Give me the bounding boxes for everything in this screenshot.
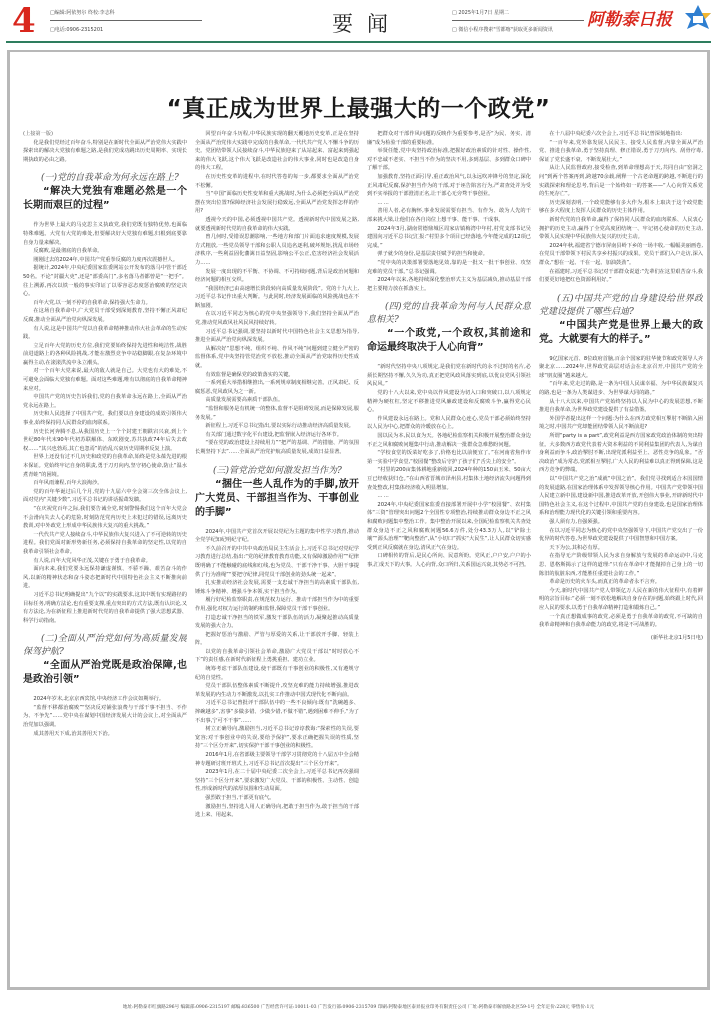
- intro-paragraph: 化是我们党经过百年奋斗,特别是在新时代全面从严治党伟大实践中探索出的解决大党独有…: [23, 139, 187, 165]
- paragraph: 一系列重大举措相继推出,一系列规章制度相继完善。正风肃纪、反腐惩恶,党风政风为之…: [195, 379, 359, 396]
- paragraph: 在这场自我革命中,广大党员干部受到深刻教育,坚持不懈正风肃纪反腐,推动全面从严治…: [23, 307, 187, 324]
- paragraph: 习近平总书记曾批评干部队伍中的一些不良倾向:既有“洗碗越多、摔碗越多”,害事“多…: [195, 699, 359, 725]
- paragraph: 曾几何时,受错误思潮影响,一些地方和部门片面追求速度规模,发展方式粗放,一些党员…: [195, 233, 359, 267]
- paragraph: “村里的200亩集体耕地重新收回,2024年种的150亩玉米、50亩大豆已经收获…: [367, 466, 531, 492]
- article-column-2: 回望百年奋斗历程,中华民族实现的翻天覆地历史变革,正是在坚持全面从严治党伟大实践…: [195, 130, 359, 985]
- paragraph: 百年大党,以一刻不停的自我革命,保持强大生命力。: [23, 299, 187, 308]
- paragraph: 把握好惩治与激励、严管与厚爱的关系,让干部放开手脚、轻装上阵。: [195, 631, 359, 648]
- paragraph: 不久前召开的中共中央政治局民主生活会上,习近平总书记对党纪学习教育进行总结,指出…: [195, 545, 359, 579]
- paragraph: “监督不移都治腐败”“坚决反对铺张浪费与干部干事不担当、不作为、不争先”……党中…: [23, 704, 187, 730]
- article-column-1: (上接第一版) 化是我们党经过百年奋斗,特别是在新时代全面从严治党伟大实践中探索…: [23, 130, 187, 985]
- paragraph: 2023年1月,在二十届中央纪委二次全会上,习近平总书记再次强调坚持“三个区分开…: [195, 768, 359, 794]
- paragraph: 9亿国家元首、8位政府首脑,百余个国家的驻华使节和政党领导人齐聚北京……2024…: [539, 355, 703, 381]
- paragraph: 从解决好“思想不纯、组织不纯、作风不纯”问题到建立健全严密的监督体系,党中央坚持…: [195, 345, 359, 371]
- paragraph: 作风建设永远在路上。党和人民群众心连心,党员干部必须始终坚持以人民为中心,把群众…: [367, 415, 531, 432]
- paragraph: “党中央的决策部署要落地见效,靠的是一批又一批干事创业、攻坚克难的党员干部。”总…: [367, 259, 531, 276]
- paragraph: 天下为公,其积必有厚。: [539, 544, 703, 553]
- date-info: □ 2025年1月7日 星期二 □ 微信小程序搜索"雪都喀"获取更多新闻资讯: [452, 9, 584, 33]
- paragraph: 2024年岁末,北京京西宾馆,中央经济工作会议如期举行。: [23, 695, 187, 704]
- subheading-quote-1: “解决大党独有难题必然是一个长期而艰巨的过程”: [23, 185, 187, 213]
- article-column-4: 在十八届中央纪委六次全会上,习近平总书记曾深刻地指出: “一百年来,党外靠发展人…: [539, 130, 703, 985]
- paragraph: “百年来,党走过的路,是一条为中国人民谋幸福、为中华民族谋复兴的路,也是一条为人…: [539, 380, 703, 397]
- footer-imprint: 地址:阿勒泰市红旗路296号 编辑部:0906-2315197 邮编:83650…: [0, 1004, 717, 1010]
- paragraph: 在历史性变革的进程中,在时代答卷的每一步,都要求全面从严治党不松懈。: [195, 173, 359, 190]
- article-headline: “真正成为世界上最强大的一个政党”: [10, 90, 707, 123]
- paragraph: 国以民为本,民以食为天。各地纪检监察机关积极开展整治群众身边不正之风和腐败问题集…: [367, 432, 531, 449]
- paragraph: 2016年1月,在省部级主要领导干部学习贯彻党的十八届五中全会精神专题研讨班开班…: [195, 751, 359, 768]
- paragraph: 加强教育,坚持正面引导,重正政治风气,以永远吹冲锋号的坚定,深化正风肃纪反腐,保…: [367, 173, 531, 199]
- subheading-question-2: (二)全面从严治党如何为高质量发展保驾护航?: [23, 633, 187, 659]
- paragraph: 对一个百年大党来说,最大的敌人就是自己。大党也有大的难处,不可避免会面临大党独有…: [23, 367, 187, 393]
- paragraph: 从让人民监督政府,接受检查,到革命理想高于天,共同自由“窑洞之问”到两个答案再到…: [539, 164, 703, 198]
- paragraph: 一代代共产党人接续奋斗,中华民族伟大复兴进入了不可逆转的历史进程。我们党面对新形…: [23, 531, 187, 557]
- paragraph: 党的十八大以来,党中央以作风建设为切入口和突破口,以八项规定精神为硬杠杠,坚定不…: [367, 389, 531, 415]
- editor-line: □编辑:阿依努尔 终校:李志科: [50, 9, 202, 21]
- date-line: □ 2025年1月7日 星期二: [452, 9, 584, 21]
- paragraph: 革命是历史的火车头,而真正的革命者永不言弃。: [539, 578, 703, 587]
- page-number: 4: [12, 4, 36, 38]
- paragraph: 在以习近平同志为核心的党中央坚强领导下,我们坚持全面从严治党,推动党风政风社风民…: [195, 310, 359, 327]
- paragraph: 面向未来,我们党要永远保持谦虚谨慎、不骄不躁、艰苦奋斗的作风,以新的精神状态和奋…: [23, 565, 187, 591]
- paragraph: 在十八届中央纪委六次全会上,习近平总书记曾深刻地指出:: [539, 130, 703, 139]
- paragraph: 以党的自我革命引领社会革命,激励广大党员干部以“时时放心不下”的责任感,在新时代…: [195, 648, 359, 665]
- subheading-question-1: (一)党的自我革命为何永远在路上?: [23, 172, 187, 185]
- paragraph: 弹子就少的身份,是基层责任赋予的担当和使命。: [367, 250, 531, 259]
- promo-line: □ 微信小程序搜索"雪都喀"获取更多新闻资讯: [452, 26, 584, 33]
- article-dateline: (新华社北京1月5日电): [539, 634, 703, 643]
- paragraph: 历史长河奔腾不息,从我国历史上一个个封建王朝跌宕兴衰,到上个世纪80年代末90年…: [23, 428, 187, 454]
- paragraph: 党的百年华诞过后几个月,党的十九届六中全会第三次全体会议上,面对党内“关键少数”…: [23, 488, 187, 505]
- paragraph: 高质量发展需要高素质干部队伍。: [195, 396, 359, 405]
- paragraph: 世界上还没有过不几历史和政党的自我革命,始终是党永葆先进的根本保证。党始终牢记自…: [23, 453, 187, 479]
- paragraph: 回望百年奋斗历程,中华民族实现的翻天覆地历史变革,正是在坚持全面从严治党伟大实践…: [195, 130, 359, 173]
- subheading-quote-2: “全面从严治党既是政治保障,也是政治引领”: [23, 659, 187, 687]
- paragraph: 强烈敢于担当,干部更有底气。: [195, 794, 359, 803]
- paragraph: “要在党的政治建设上持续用力”“把严的基调、严的措施、严的氛围长期坚持下去”………: [195, 439, 359, 456]
- star-logo-icon: [683, 4, 713, 34]
- paragraph: 中国共产党的历史告诉我们,党的自我革命永远在路上,全面从严治党永远在路上。: [23, 393, 187, 410]
- paragraph: 有人说,这是中国共产党以自我革命精神推动伟大社会革命的生动实践。: [23, 325, 187, 342]
- paragraph: 2024年3月,湖南常德鼎城区周家店镇梅湾中年村,村党支部书记吴建国向习近平总书…: [367, 225, 531, 251]
- newspaper-brand: 阿勒泰日报: [587, 5, 672, 30]
- editor-info: □编辑:阿依努尔 终校:李志科 □电话:0906-2315201: [50, 9, 202, 33]
- paragraph: 党员干部队伍整体素质不断提升,攻坚克难的能力持续增强,推进改革发展的内生动力不断…: [195, 682, 359, 699]
- paragraph: 历史和人民选择了中国共产党。我们要以自身建设的成效引领伟大事业,始终保持同人民群…: [23, 410, 187, 427]
- paragraph: 口碑相传的背后,是民心所向、民意所盼。党风正,户户安,户户的小事,汇成天下的大事…: [367, 552, 531, 569]
- paragraph: 扎实推动经济社会发展,需要一支忠诚干净担当的高素质干部队伍,锤炼斗争精神、增强斗…: [195, 579, 359, 596]
- paragraph: 作为世界上最大的马克思主义执政党,我们党既有独特优势,也面临特殊难题。大党有大党…: [23, 221, 187, 247]
- paragraph: 刚刚过去的2024年,中国共产党重拳反腐的力度再次震撼世人。: [23, 256, 187, 265]
- paragraph: 新时代党的自我革命,赢得了保持同人民群众的血肉联系、人民衷心拥护的历史主动,赢得…: [539, 216, 703, 242]
- paragraph: 历史深刻表明,一个政党能够有多大作为,根本上取决于这个政党能够在多大程度上发挥人…: [539, 199, 703, 216]
- phone-line: □电话:0906-2315201: [50, 26, 202, 33]
- paragraph: 所谓“party is a part”,政党利益是西方国家政党政治体制的突出特征…: [539, 432, 703, 475]
- paragraph: 统筹考虑干部队伍建设,使干部既有干事创业的积极性,又有遵规守纪的自觉性。: [195, 665, 359, 682]
- paragraph: “一百年来,党外靠发展人民民主、接受人民监督,内靠全面从严治党、推进自我革命,勇…: [539, 139, 703, 165]
- paragraph: 激励担当,坚持选人用人正确导向,把敢于担当作为,敢于担当的干部选上来、用起来。: [195, 803, 359, 820]
- paragraph: 反腐败,是最彻底的自我革命。: [23, 247, 187, 256]
- ellipsis-break: ……: [367, 199, 531, 208]
- paragraph: 在指导无产阶级带领人民为求自身解放与发展的革命运动中,马克思、恩格斯揭示了这样的…: [539, 552, 703, 578]
- paragraph: 履行好纪检监察职责,在规范权力运行、推动干部担当作为中的重要作用,强化对权力运行…: [195, 596, 359, 613]
- paragraph: 据统计,2024年,中央纪委国家监委网站公开发布的落马中管干部近50名。不论“封…: [23, 264, 187, 298]
- paragraph: “新时代坚持中央八项规定,是我们党在新时代的永不过时的名片,必须长期坚持不懈,久…: [367, 363, 531, 389]
- article-columns: (上接第一版) 化是我们党经过百年奋斗,特别是在新时代全面从严治党伟大实践中探索…: [23, 130, 703, 985]
- article-column-3: 把群众对干部作风问题的反映作为重要参考,是否“为民、务实、清廉”成为检验干部的重…: [367, 130, 531, 985]
- paragraph: 发展一度出现的不平衡、不协调、不可持续问题,背后是政治问题和经济问题的相互交织。: [195, 268, 359, 285]
- paragraph: “我国经济已由高速增长阶段转向高质量发展阶段”。党的十九大上,习近平总书记作出重…: [195, 285, 359, 311]
- paragraph: 2024年以来,各地持续深化整治形式主义为基层减负,推动基层干部把主要精力放在抓…: [367, 276, 531, 293]
- paragraph: 今天,新时代中国共产党人带领亿万人民在新的伟大征程中,有着鲜明的宗旨目标:“必须…: [539, 587, 703, 613]
- section-title: 要闻: [332, 8, 402, 38]
- paragraph: “监督和服务是有机统一的整体,监督不是阻碍发展,而是保障发展,服务发展。”: [195, 405, 359, 422]
- paragraph: 习近平总书记强调,要坚持以新时代中国特色社会主义思想为指导,推进全面从严治党向纵…: [195, 328, 359, 345]
- paragraph: 在福建时,习近平总书记对干部群众说道:“先辈们在这里艰苦奋斗,我们要更好地把红色…: [539, 268, 703, 285]
- paragraph: 2024年秋,福建省宁德市屏南县岭下乡的一场丰收,一幅幅美丽画卷,在党员干部带领…: [539, 242, 703, 268]
- paragraph: 把群众对干部作风问题的反映作为重要参考,是否“为民、务实、清廉”成为检验干部的重…: [367, 130, 531, 147]
- paragraph: 立足百年大党的历史方位,我们党要始终保持先进性和纯洁性,战胜前进道路上的各种风险…: [23, 342, 187, 368]
- ellipsis-break: ……: [367, 492, 531, 501]
- paragraph: 新征程上,习近平总书记指出,要以实际行动推动经济高质量发展。: [195, 422, 359, 431]
- paragraph: “学校食堂的饭菜好吃多了,价格也比以前便宜了。”在河南省焦作市第一实验中学食堂,…: [367, 449, 531, 466]
- masthead: 4 □编辑:阿依努尔 终校:李志科 □电话:0906-2315201 要闻 □ …: [0, 0, 717, 40]
- paragraph: 有效监督是确保党的政策落实的关键。: [195, 371, 359, 380]
- paragraph: “在庆祝党百年之际,我们要告诫全党,时刻警惕我们这个百年大党会不会滑向失去人心的…: [23, 505, 187, 531]
- article-frame: “真正成为世界上最强大的一个政党” (上接第一版) 化是我们党经过百年奋斗,特别…: [7, 50, 710, 990]
- subheading-quote-5: “中国共产党是世界上最大的政党。大就要有大的样子。”: [539, 319, 703, 347]
- subheading-quote-4: “一个政党,一个政权,其前途和命运最终取决于人心向背”: [367, 327, 531, 355]
- subheading-question-3: (三)管党治党如何激发担当作为?: [195, 465, 359, 478]
- paragraph: 透视今天的中国,必须透视中国共产党。透视新时代中国发展之路,就要透视新时代党的自…: [195, 216, 359, 233]
- paragraph: 举贤任能,党中央坚持政治标准,把握好政治素质的针对性、操作性,对不忠诚不老实、不…: [367, 147, 531, 173]
- paragraph: 以“中国共产党之治”成就“中国之治”。我们党寻找到适合本国国情的发展道路,在国家…: [539, 475, 703, 518]
- paragraph: 强人须有力,自强须强。: [539, 518, 703, 527]
- paragraph: 当“中国”面临历史性变革和重大挑战时,为什么必须把全面从严治党摆在突出位置?保障…: [195, 190, 359, 216]
- subheading-quote-3: “捆住一些人乱作为的手脚,放开广大党员、干部担当作为、干事创业的手脚”: [195, 478, 359, 520]
- continued-note: (上接第一版): [23, 130, 187, 139]
- masthead-rule: [6, 41, 711, 43]
- paragraph: 习近平总书记明确提出“九个以”的实践要求,这其中既有实现路径的目标任务,明确方法…: [23, 591, 187, 625]
- paragraph: 树立正确导向,激励担当,习近平总书记谆谆教诲:“探索性的失误,要宽容;对干事创业…: [195, 725, 359, 751]
- paragraph: 有关部门通过数字化平台建设,把监督嵌入经济运行各环节。: [195, 431, 359, 440]
- paragraph: 打造忠诚干净担当的铁军,激发干部队伍的活力,凝聚起推动高质量发展的强大合力。: [195, 614, 359, 631]
- paragraph: 有人说,百年大党风华正茂,关键在于勇于自我革命。: [23, 557, 187, 566]
- paragraph: 2024年,中国共产党首次开展以党纪为主题的集中性学习教育,推动全党学纪知纪明纪…: [195, 528, 359, 545]
- paragraph: 善用人者,必有胸怀,事业发展需要有担当、有作为、敢为人先的干部来挑大梁,让他们在…: [367, 207, 531, 224]
- subheading-question-4: (四)党的自我革命为何与人民群众息息相关?: [367, 301, 531, 327]
- paragraph: 外国学者提出这样一个问题:为什么在西方政党相互掣肘不断陷入困境之时,中国共产党却…: [539, 415, 703, 432]
- subheading-question-5: (五)中国共产党的自身建设给世界政党建设提供了哪些启迪?: [539, 293, 703, 319]
- paragraph: 一个真正想做成事的政党,必须是勇于自我革命的政党,不可缺的自我革命精神和自我革命…: [539, 613, 703, 630]
- paragraph: 2024年,中央纪委国家监委直接部署开展中小学“校园餐”、农村集体“三资”管理突…: [367, 501, 531, 553]
- paragraph: 在以习近平同志为核心的党中央坚强领导下,中国共产党交出了一份优异的时代答卷,为世…: [539, 527, 703, 544]
- paragraph: 百年风雨兼程,百年大浪淘沙。: [23, 479, 187, 488]
- paragraph: 从十八大以来,中国共产党始终坚持以人民为中心的发展思想,不断推进自我革命,为世界…: [539, 398, 703, 415]
- paragraph: 成其善用天下成,治其善用天下治。: [23, 730, 187, 739]
